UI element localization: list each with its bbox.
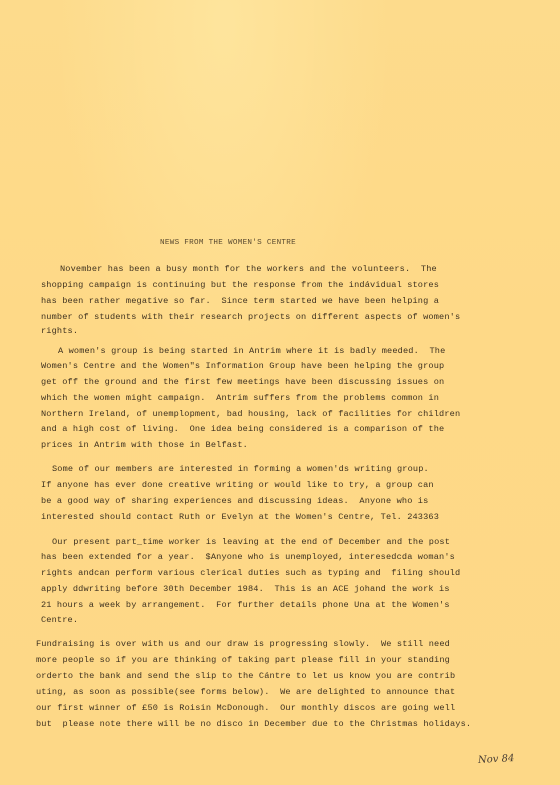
paragraph-2-line-6: and a high cost of living. One idea bein… xyxy=(41,425,444,434)
paragraph-2-line-5: Northern Ireland, of unemplopment, bad h… xyxy=(41,410,460,419)
paragraph-2-line-7: prices in Antrim with those in Belfast. xyxy=(41,441,248,450)
paragraph-5-line-2: more people so if you are thinking of ta… xyxy=(36,656,450,665)
paragraph-2-line-1: A women's group is being started in Antr… xyxy=(58,347,445,356)
paragraph-2-line-2: Women's Centre and the Women"s Informati… xyxy=(41,362,444,371)
paragraph-4-line-3: rights andcan perform various clerical d… xyxy=(41,569,460,578)
paragraph-1-line-4: number of students with their research p… xyxy=(41,313,460,322)
paragraph-1-line-5: rights. xyxy=(41,327,78,336)
paragraph-2-line-3: get off the ground and the first few mee… xyxy=(41,378,444,387)
paragraph-4-line-5: 21 hours a week by arrangement. For furt… xyxy=(41,601,450,610)
paragraph-3-line-4: interested should contact Ruth or Evelyn… xyxy=(41,513,439,522)
paragraph-2-line-4: which the women might campaign. Antrim s… xyxy=(41,394,439,403)
paragraph-1-line-1: November has been a busy month for the w… xyxy=(60,265,437,274)
paragraph-4-line-6: Centre. xyxy=(41,616,78,625)
paragraph-1-line-3: has been rather megative so far. Since t… xyxy=(41,297,439,306)
paragraph-5-line-5: our first winner of £50 is Roisin McDono… xyxy=(36,704,455,713)
paragraph-5-line-6: but please note there will be no disco i… xyxy=(36,720,471,729)
typed-newsletter-page: NEWS FROM THE WOMEN'S CENTRE November ha… xyxy=(0,0,560,785)
paragraph-3-line-3: be a good way of sharing experiences and… xyxy=(41,497,428,506)
paragraph-4-line-1: Our present part_time worker is leaving … xyxy=(52,538,450,547)
paragraph-1-line-2: shopping campaign is continuing but the … xyxy=(41,281,439,290)
paragraph-4-line-2: has been extended for a year. $Anyone wh… xyxy=(41,553,455,562)
handwritten-date-note: Nov 84 xyxy=(478,753,515,766)
paragraph-4-line-4: apply ddwriting before 30th December 198… xyxy=(41,585,450,594)
paragraph-3-line-2: If anyone has ever done creative writing… xyxy=(41,481,434,490)
paragraph-5-line-4: uting, as soon as possible(see forms bel… xyxy=(36,688,455,697)
paragraph-5-line-3: orderto the bank and send the slip to th… xyxy=(36,672,455,681)
paragraph-3-line-1: Some of our members are interested in fo… xyxy=(52,465,429,474)
document-title: NEWS FROM THE WOMEN'S CENTRE xyxy=(160,239,296,247)
paragraph-5-line-1: Fundraising is over with us and our draw… xyxy=(36,640,450,649)
